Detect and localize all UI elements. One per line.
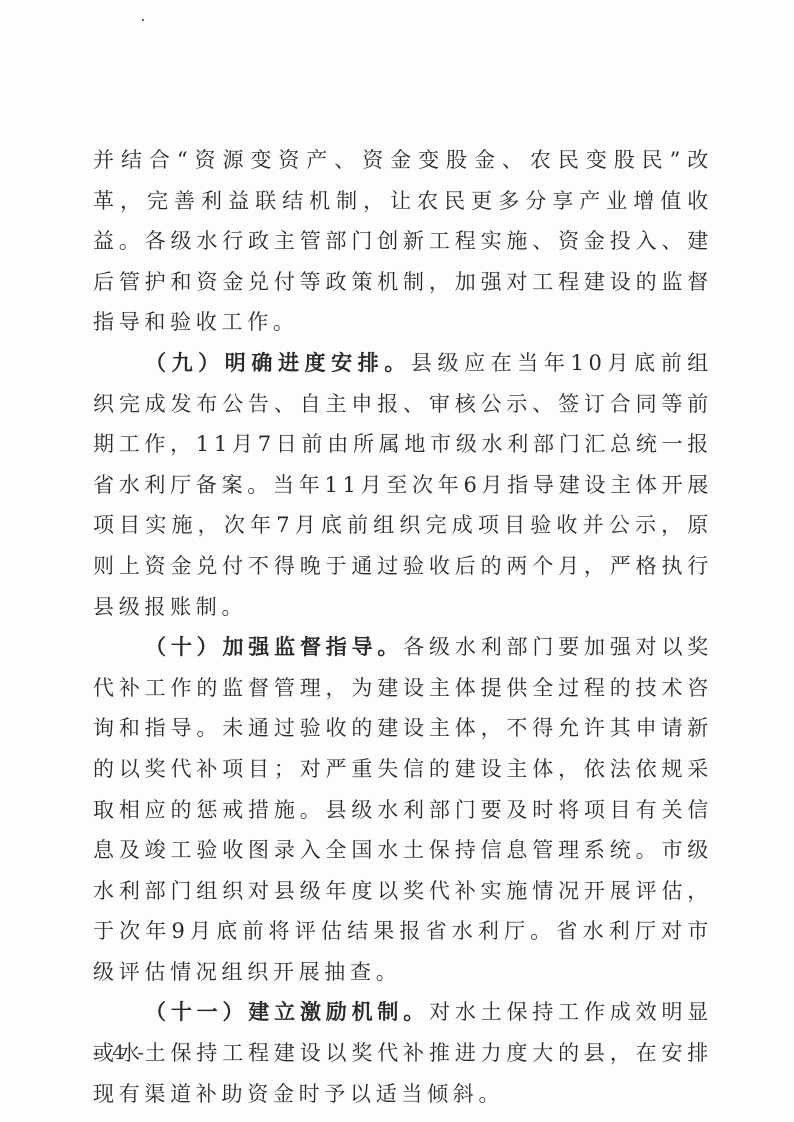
section-heading: （九）明确进度安排。	[145, 350, 411, 375]
page-number: - 4 -	[93, 1040, 147, 1064]
paragraph-section-10: （十）加强监督指导。各级水利部门要加强对以奖代补工作的监督管理，为建设主体提供全…	[93, 627, 713, 992]
scan-speck	[142, 19, 144, 21]
paragraph-section-9: （九）明确进度安排。县级应在当年10月底前组织完成发布公告、自主申报、审核公示、…	[93, 343, 713, 627]
paragraph-section-11: （十一）建立激励机制。对水土保持工作成效明显或水土保持工程建设以奖代补推进力度大…	[93, 992, 713, 1114]
section-heading: （十）加强监督指导。	[145, 634, 403, 659]
paragraph-continuation: 并结合“资源变资产、资金变股金、农民变股民”改革，完善利益联结机制，让农民更多分…	[93, 140, 713, 343]
paragraph-text: 县级应在当年10月底前组织完成发布公告、自主申报、审核公示、签订合同等前期工作，…	[93, 351, 713, 619]
paragraph-text: 并结合“资源变资产、资金变股金、农民变股民”改革，完善利益联结机制，让农民更多分…	[93, 148, 713, 334]
paragraph-text: 各级水利部门要加强对以奖代补工作的监督管理，为建设主体提供全过程的技术咨询和指导…	[93, 635, 713, 984]
document-body: 并结合“资源变资产、资金变股金、农民变股民”改革，完善利益联结机制，让农民更多分…	[93, 140, 713, 1114]
section-heading: （十一）建立激励机制。	[145, 999, 429, 1024]
